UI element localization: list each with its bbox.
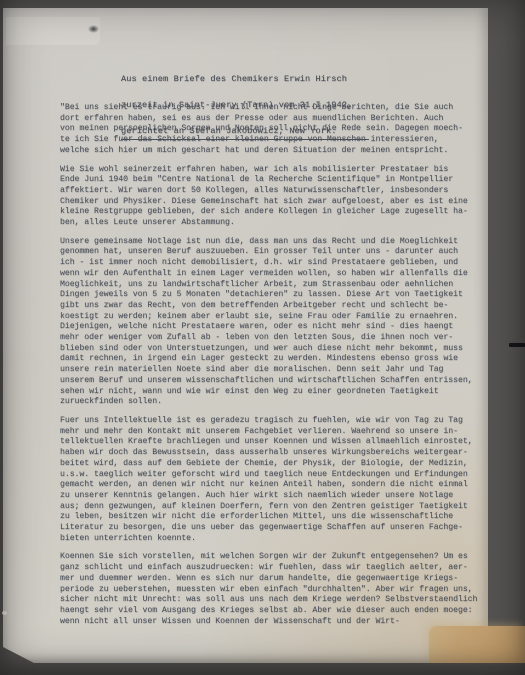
scan-backdrop: Aus einem Briefe des Chemikers Erwin Hir… [0, 0, 525, 675]
letter-paragraph: Wie Sie wohl seinerzeit erfahren haben, … [60, 165, 493, 229]
letter-page: Aus einem Briefe des Chemikers Erwin Hir… [3, 8, 488, 663]
paper-light-patch [6, 17, 100, 45]
paper-stain [429, 626, 525, 663]
ink-smudge-mark [88, 25, 99, 33]
letter-body: "Bei uns sieht es traurig aus. Ich will … [60, 103, 493, 635]
letter-paragraph: Fuer uns Intellektuelle ist es geradezu … [60, 416, 493, 544]
edge-dash-mark [509, 343, 525, 347]
heading-line-1: Aus einem Briefe des Chemikers Erwin Hir… [121, 74, 347, 84]
letter-paragraph: Koennen Sie sich vorstellen, mit welchen… [60, 552, 493, 627]
paper-speck [2, 611, 7, 615]
letter-paragraph: "Bei uns sieht es traurig aus. Ich will … [60, 103, 493, 157]
letter-paragraph: Unsere gemeinsame Notlage ist nun die, d… [60, 237, 493, 408]
